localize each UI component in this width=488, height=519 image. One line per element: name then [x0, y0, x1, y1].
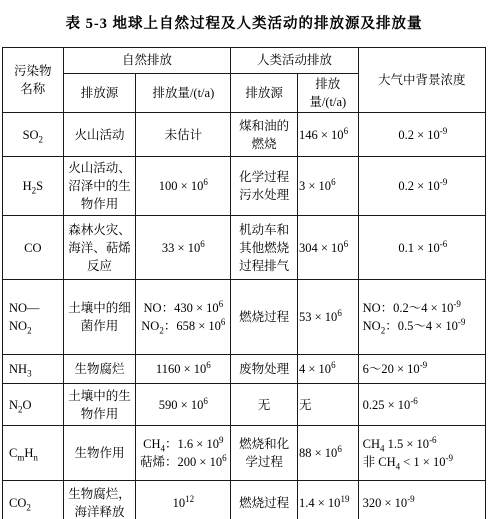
natural-source-cell: 土壤中的细菌作用: [63, 280, 136, 355]
human-source-cell: 燃烧和化学过程: [231, 426, 298, 481]
human-amount-cell: 4 × 106: [298, 355, 359, 384]
pollutant-cell: N2O: [3, 384, 64, 426]
human-amount-cell: 88 × 106: [298, 426, 359, 481]
human-source-cell: 燃烧过程: [231, 481, 298, 519]
table-row-h2s: H2S 火山活动、沼泽中的生物作用 100 × 106 化学过程 污水处理 3 …: [3, 157, 486, 216]
natural-source-cell: 森林火灾、海洋、萜烯反应: [63, 216, 136, 280]
table-row-so2: SO2 火山活动 未估计 煤和油的燃烧 146 × 106 0.2 × 10-9: [3, 113, 486, 157]
header-natural-source: 排放源: [63, 74, 136, 113]
table-row-co: CO 森林火灾、海洋、萜烯反应 33 × 106 机动车和其他燃烧过程排气 30…: [3, 216, 486, 280]
natural-amount-cell: 590 × 106: [136, 384, 231, 426]
header-natural-emission: 自然排放: [63, 48, 231, 74]
natural-amount-cell: 1160 × 106: [136, 355, 231, 384]
human-amount-cell: 1.4 × 1019: [298, 481, 359, 519]
header-pollutant-name: 污染物 名称: [3, 48, 64, 113]
human-amount-cell: 无: [298, 384, 359, 426]
natural-source-cell: 生物作用: [63, 426, 136, 481]
header-background-concentration: 大气中背景浓度: [358, 48, 485, 113]
pollutant-cell: CO2: [3, 481, 64, 519]
natural-source-cell: 火山活动、沼泽中的生物作用: [63, 157, 136, 216]
pollutant-cell: CmHn: [3, 426, 64, 481]
background-cell: NO：0.2～4 × 10-9 NO2：0.5～4 × 10-9: [358, 280, 485, 355]
human-source-cell: 化学过程 污水处理: [231, 157, 298, 216]
human-source-cell: 废物处理: [231, 355, 298, 384]
background-cell: 0.1 × 10-6: [358, 216, 485, 280]
natural-amount-cell: 33 × 106: [136, 216, 231, 280]
background-cell: CH4 1.5 × 10-6 非 CH4 < 1 × 10-9: [358, 426, 485, 481]
human-amount-cell: 146 × 106: [298, 113, 359, 157]
header-human-emission: 人类活动排放: [231, 48, 358, 74]
pollutant-cell: NH3: [3, 355, 64, 384]
emissions-table: 污染物 名称 自然排放 人类活动排放 大气中背景浓度 排放源 排放量/(t/a)…: [2, 47, 486, 519]
human-source-cell: 机动车和其他燃烧过程排气: [231, 216, 298, 280]
table-row-nh3: NH3 生物腐烂 1160 × 106 废物处理 4 × 106 6～20 × …: [3, 355, 486, 384]
pollutant-cell: NO—NO2: [3, 280, 64, 355]
pollutant-cell: CO: [3, 216, 64, 280]
natural-amount-cell: 未估计: [136, 113, 231, 157]
background-cell: 0.2 × 10-9: [358, 157, 485, 216]
human-source-cell: 煤和油的燃烧: [231, 113, 298, 157]
pollutant-cell: H2S: [3, 157, 64, 216]
natural-amount-cell: NO：430 × 106 NO2：658 × 106: [136, 280, 231, 355]
background-cell: 0.2 × 10-9: [358, 113, 485, 157]
header-human-amount: 排放量/(t/a): [298, 74, 359, 113]
natural-source-cell: 火山活动: [63, 113, 136, 157]
document-page: 表 5-3 地球上自然过程及人类活动的排放源及排放量 污染物 名称 自然排放 人…: [0, 0, 488, 519]
human-amount-cell: 3 × 106: [298, 157, 359, 216]
table-row-co2: CO2 生物腐烂，海洋释放 1012 燃烧过程 1.4 × 1019 320 ×…: [3, 481, 486, 519]
natural-amount-cell: CH4：1.6 × 109 萜烯：200 × 106: [136, 426, 231, 481]
human-amount-cell: 304 × 106: [298, 216, 359, 280]
human-source-cell: 无: [231, 384, 298, 426]
header-human-source: 排放源: [231, 74, 298, 113]
table-row-no-no2: NO—NO2 土壤中的细菌作用 NO：430 × 106 NO2：658 × 1…: [3, 280, 486, 355]
natural-source-cell: 土壤中的生物作用: [63, 384, 136, 426]
human-source-cell: 燃烧过程: [231, 280, 298, 355]
header-row-1: 污染物 名称 自然排放 人类活动排放 大气中背景浓度: [3, 48, 486, 74]
human-amount-cell: 53 × 106: [298, 280, 359, 355]
natural-amount-cell: 1012: [136, 481, 231, 519]
background-cell: 0.25 × 10-6: [358, 384, 485, 426]
natural-source-cell: 生物腐烂，海洋释放: [63, 481, 136, 519]
natural-amount-cell: 100 × 106: [136, 157, 231, 216]
table-title: 表 5-3 地球上自然过程及人类活动的排放源及排放量: [0, 12, 488, 33]
table-row-n2o: N2O 土壤中的生物作用 590 × 106 无 无 0.25 × 10-6: [3, 384, 486, 426]
background-cell: 6～20 × 10-9: [358, 355, 485, 384]
header-natural-amount: 排放量/(t/a): [136, 74, 231, 113]
natural-source-cell: 生物腐烂: [63, 355, 136, 384]
background-cell: 320 × 10-9: [358, 481, 485, 519]
pollutant-cell: SO2: [3, 113, 64, 157]
table-row-cmhn: CmHn 生物作用 CH4：1.6 × 109 萜烯：200 × 106 燃烧和…: [3, 426, 486, 481]
